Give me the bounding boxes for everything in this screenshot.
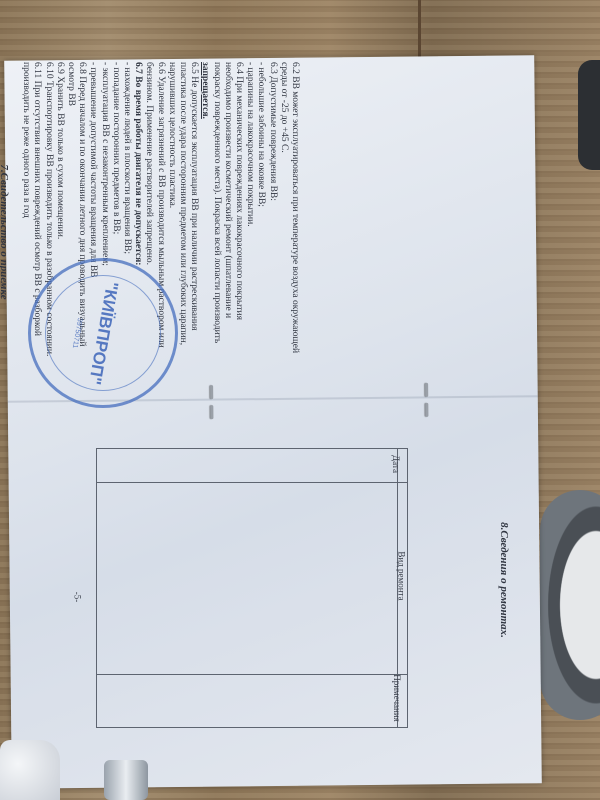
bottle-cap bbox=[104, 760, 148, 800]
repairs-table: Дата Вид ремонта Примечания bbox=[96, 448, 408, 728]
page-5-number: -5- bbox=[72, 592, 82, 603]
text-line: пластика после удара посторонним предмет… bbox=[177, 62, 188, 402]
text-line: 6.3 Допустимые повреждения ВВ: bbox=[266, 62, 277, 402]
staple bbox=[210, 405, 213, 419]
bottle bbox=[0, 740, 60, 800]
text-line: - небольшие забоины на оковке ВВ; bbox=[255, 62, 266, 402]
text-line: 6.4 При механических повреждениях лакокр… bbox=[233, 62, 244, 402]
text-line: - царапины на лакокрасочном покрытии. bbox=[244, 62, 255, 402]
text-line: покраску поврежденного места). Покраска … bbox=[210, 62, 221, 402]
column-header-repair-type: Вид ремонта bbox=[397, 551, 407, 600]
table-divider bbox=[97, 674, 407, 675]
staple bbox=[425, 403, 428, 417]
section-7-title: 7.Свидетельство о приемке bbox=[0, 62, 10, 402]
text-line: необходимо произвести косметический ремо… bbox=[222, 62, 233, 402]
column-header-date: Дата bbox=[391, 455, 401, 473]
page-5: 8.Сведения о ремонтах. bbox=[492, 400, 520, 760]
text-line: 6.2 ВВ может эксплуатироваться при темпе… bbox=[289, 62, 300, 402]
dark-object bbox=[578, 60, 600, 170]
text-line: среды от -25 до +45 С. bbox=[278, 62, 289, 402]
text-line: 6.5 Не допускается эксплуатация ВВ при н… bbox=[188, 62, 199, 402]
tape-roll bbox=[540, 490, 600, 720]
staple bbox=[425, 383, 428, 397]
column-header-notes: Примечания bbox=[392, 674, 402, 722]
table-divider bbox=[97, 482, 407, 483]
text-line: запрещается. bbox=[199, 62, 210, 402]
section-8-title: 8.Сведения о ремонтах. bbox=[498, 400, 510, 760]
company-stamp: "КИЇВПРОП" 39750711 bbox=[28, 258, 178, 408]
